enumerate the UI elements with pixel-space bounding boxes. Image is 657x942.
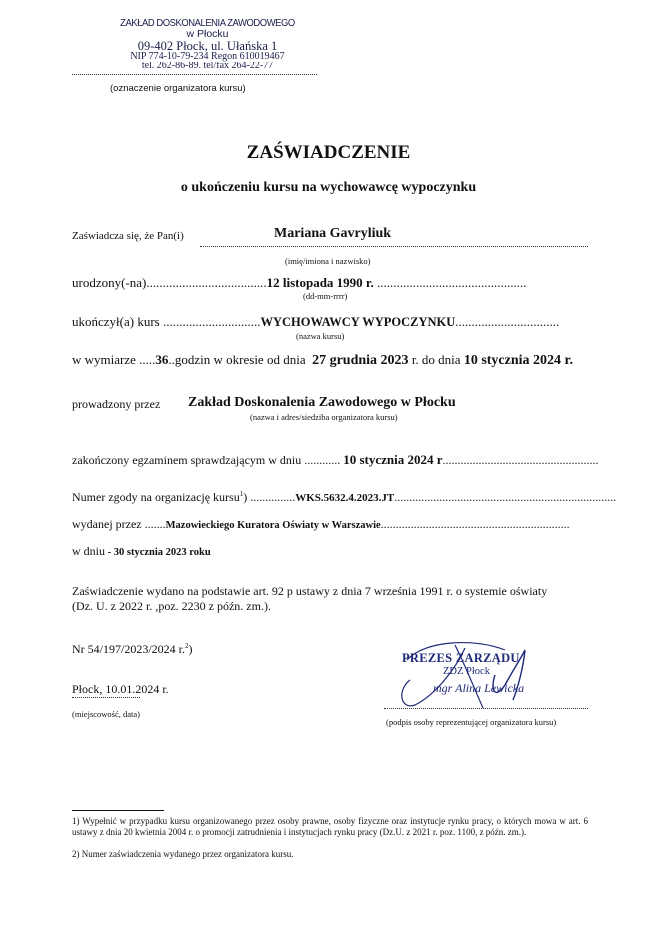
person-caption: (imię/imiona i nazwisko) bbox=[285, 256, 370, 266]
footnote-1: 1) Wypełnić w przypadku kursu organizowa… bbox=[72, 816, 588, 837]
document-subtitle: o ukończeniu kursu na wychowawcę wypoczy… bbox=[0, 180, 657, 196]
issued-by-row: wydanej przez .......Mazowieckiego Kurat… bbox=[72, 517, 570, 532]
consent-number: WKS.5632.4.2023.JT bbox=[295, 492, 394, 504]
exam-row: zakończony egzaminem sprawdzającym w dni… bbox=[72, 452, 599, 468]
course-caption: (nazwa kursu) bbox=[296, 331, 344, 341]
stamp-line-1: ZAKŁAD DOSKONALENIA ZAWODOWEGO bbox=[102, 17, 314, 29]
course-hours: 36 bbox=[155, 352, 168, 367]
person-name: Mariana Gavryliuk bbox=[274, 226, 391, 242]
signature-org: ZDZ Płock bbox=[443, 666, 490, 677]
place-date-caption: (miejscowość, data) bbox=[72, 709, 140, 719]
organizer-dotted-line bbox=[72, 74, 317, 75]
issued-on: - 30 stycznia 2023 roku bbox=[105, 547, 211, 558]
stamp-line-4: NIP 774-10-79-234 Regon 610019467 bbox=[90, 52, 325, 62]
born-row: urodzony(-na)...........................… bbox=[72, 275, 527, 291]
place-date-dotted-line bbox=[72, 697, 140, 698]
organizer-stamp: ZAKŁAD DOSKONALENIA ZAWODOWEGO w Płocku … bbox=[90, 17, 325, 68]
organizer-caption-field: (nazwa i adres/siedziba organizatora kur… bbox=[250, 412, 398, 422]
date-to: 10 stycznia 2024 r. bbox=[464, 353, 573, 368]
consent-label: Numer zgody na organizację kursu bbox=[72, 490, 240, 504]
course-label: ukończył(a) kurs bbox=[72, 314, 160, 329]
footnote-2: 2) Numer zaświadczenia wydanego przez or… bbox=[72, 849, 293, 860]
signature-stamp: PREZES ZARZĄDU ZDZ Płock mgr Alina Lewic… bbox=[395, 640, 545, 710]
course-row: ukończył(a) kurs .......................… bbox=[72, 314, 559, 330]
person-dotted-line bbox=[200, 246, 588, 247]
footnote-separator bbox=[72, 810, 164, 811]
legal-basis-line-2: (Dz. U. z 2022 r. ,poz. 2230 z późn. zm.… bbox=[72, 599, 271, 614]
consent-row: Numer zgody na organizację kursu1) .....… bbox=[72, 490, 616, 505]
document-title: ZAŚWIADCZENIE bbox=[0, 142, 657, 164]
place-date: Płock, 10.01.2024 r. bbox=[72, 682, 169, 697]
signature-dotted-line bbox=[384, 708, 588, 709]
exam-date: 10 stycznia 2024 r bbox=[343, 452, 442, 467]
date-from: 27 grudnia 2023 bbox=[312, 353, 408, 368]
scope-row: w wymiarze .....36..godzin w okresie od … bbox=[72, 352, 573, 369]
organizer-name: Zakład Doskonalenia Zawodowego w Płocku bbox=[188, 395, 456, 411]
born-date: 12 listopada 1990 r. bbox=[267, 275, 374, 290]
certificate-number: Nr 54/197/2023/2024 r.2) bbox=[72, 642, 193, 657]
organizer-caption: (oznaczenie organizatora kursu) bbox=[110, 83, 246, 94]
organizer-label: prowadzony przez bbox=[72, 397, 160, 412]
legal-basis-line-1: Zaświadczenie wydano na podstawie art. 9… bbox=[72, 584, 547, 599]
issued-on-row: w dniu - 30 stycznia 2023 roku bbox=[72, 544, 211, 559]
born-label: urodzony(-na) bbox=[72, 275, 146, 290]
signature-title: PREZES ZARZĄDU bbox=[402, 651, 520, 666]
stamp-line-5: tel. 262-86-89, tel/fax 264-22-77 bbox=[90, 62, 325, 68]
signature-name: mgr Alina Lewicka bbox=[433, 681, 524, 696]
issued-by: Mazowieckiego Kuratora Oświaty w Warszaw… bbox=[166, 520, 381, 531]
person-label: Zaświadcza się, że Pan(i) bbox=[72, 230, 184, 242]
signature-caption: (podpis osoby reprezentującej organizato… bbox=[386, 717, 556, 727]
course-name: WYCHOWAWCY WYPOCZYNKU bbox=[260, 315, 455, 329]
born-caption: (dd-mm-rrrr) bbox=[303, 291, 347, 301]
exam-label: zakończony egzaminem sprawdzającym w dni… bbox=[72, 453, 340, 467]
